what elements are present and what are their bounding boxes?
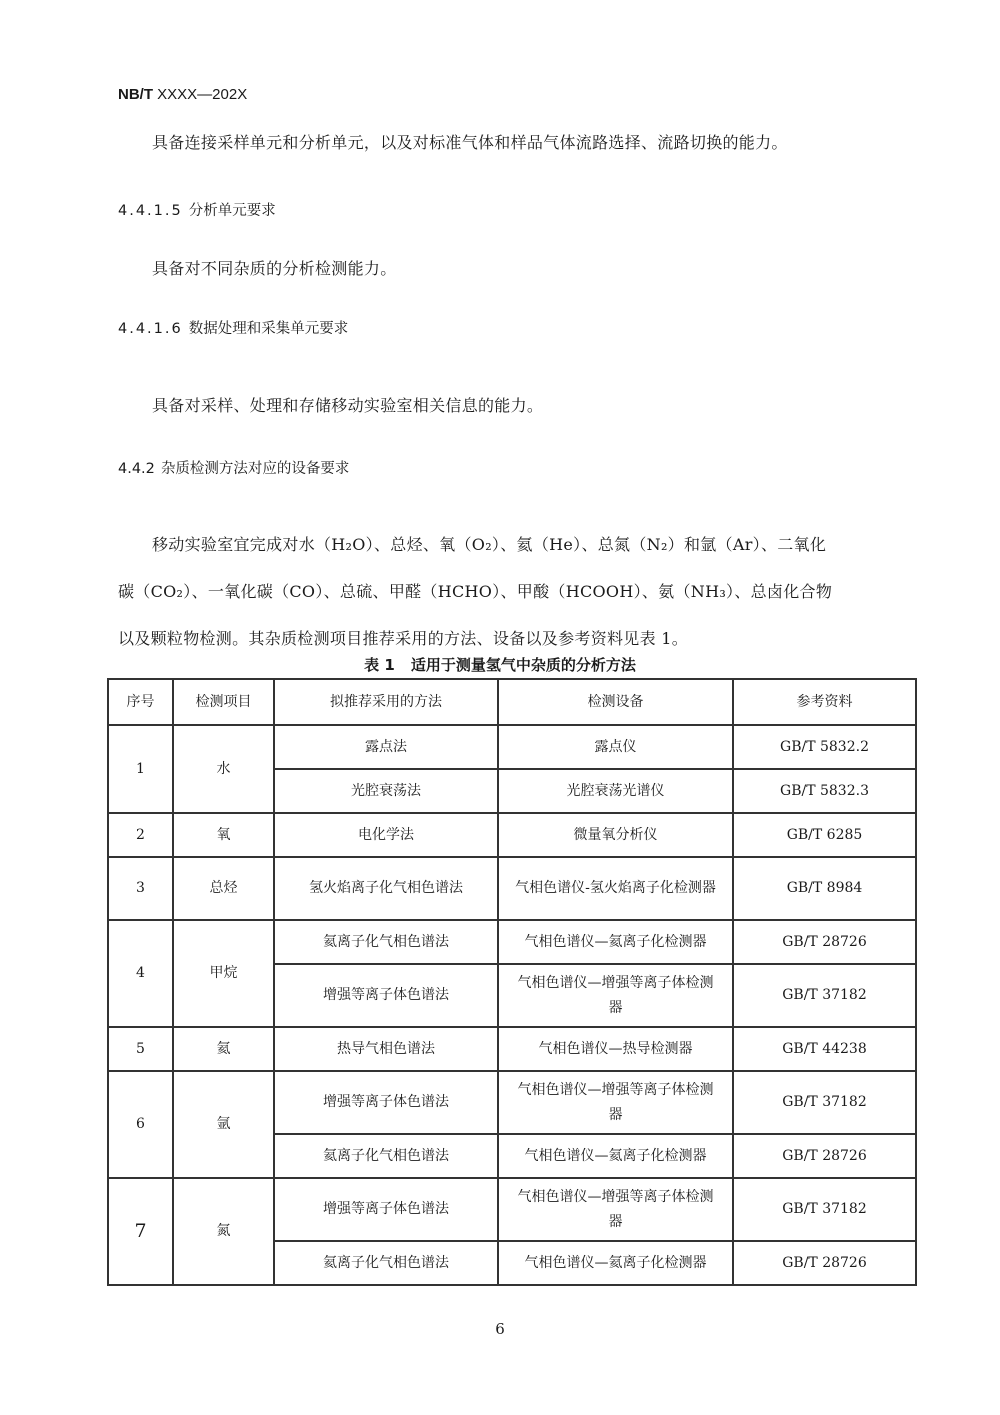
paragraph-impurities-line-1: 移动实验室宜完成对水（H₂O）、总烃、氧（O₂）、氦（He）、总氮（N₂）和氩（… — [152, 532, 826, 555]
cell-device: 光腔衰荡光谱仪 — [498, 769, 733, 813]
cell-device: 露点仪 — [498, 725, 733, 769]
paragraph-data-processing: 具备对采样、处理和存储移动实验室相关信息的能力。 — [152, 393, 543, 416]
table-row: 7 氮 增强等离子体色谱法 气相色谱仪—增强等离子体检测器 GB/T 37182 — [108, 1178, 916, 1241]
cell-item: 氩 — [173, 1071, 274, 1178]
analysis-methods-table: 序号 检测项目 拟推荐采用的方法 检测设备 参考资料 1 水 露点法 露点仪 G… — [107, 678, 917, 1286]
cell-reference: GB/T 28726 — [733, 1134, 916, 1178]
cell-device: 气相色谱仪—氦离子化检测器 — [498, 920, 733, 964]
cell-method: 增强等离子体色谱法 — [274, 1071, 498, 1134]
cell-reference: GB/T 44238 — [733, 1027, 916, 1071]
cell-method: 氦离子化气相色谱法 — [274, 1241, 498, 1285]
column-header-item: 检测项目 — [173, 679, 274, 725]
cell-reference: GB/T 5832.3 — [733, 769, 916, 813]
cell-method: 光腔衰荡法 — [274, 769, 498, 813]
cell-seq: 3 — [108, 857, 173, 920]
standard-code-number: XXXX—202X — [153, 86, 247, 103]
cell-method: 氦离子化气相色谱法 — [274, 1134, 498, 1178]
cell-seq: 1 — [108, 725, 173, 813]
cell-method: 热导气相色谱法 — [274, 1027, 498, 1071]
table-row: 6 氩 增强等离子体色谱法 气相色谱仪—增强等离子体检测器 GB/T 37182 — [108, 1071, 916, 1134]
cell-method: 增强等离子体色谱法 — [274, 1178, 498, 1241]
section-title: 杂质检测方法对应的设备要求 — [161, 461, 350, 477]
paragraph-impurities-line-3: 以及颗粒物检测。其杂质检测项目推荐采用的方法、设备以及参考资料见表 1。 — [118, 626, 688, 649]
section-number: 4.4.1.6 — [118, 321, 183, 337]
table-header-row: 序号 检测项目 拟推荐采用的方法 检测设备 参考资料 — [108, 679, 916, 725]
section-heading-4-4-1-5: 4.4.1.5分析单元要求 — [118, 199, 276, 220]
table-row: 5 氦 热导气相色谱法 气相色谱仪—热导检测器 GB/T 44238 — [108, 1027, 916, 1071]
cell-reference: GB/T 37182 — [733, 1071, 916, 1134]
cell-device: 气相色谱仪—增强等离子体检测器 — [498, 1178, 733, 1241]
cell-method: 氦离子化气相色谱法 — [274, 920, 498, 964]
cell-item: 氦 — [173, 1027, 274, 1071]
cell-seq: 4 — [108, 920, 173, 1027]
cell-reference: GB/T 37182 — [733, 1178, 916, 1241]
cell-reference: GB/T 6285 — [733, 813, 916, 857]
cell-seq: 5 — [108, 1027, 173, 1071]
cell-item: 水 — [173, 725, 274, 813]
section-heading-4-4-1-6: 4.4.1.6数据处理和采集单元要求 — [118, 317, 348, 338]
column-header-device: 检测设备 — [498, 679, 733, 725]
cell-reference: GB/T 28726 — [733, 920, 916, 964]
section-number: 4.4.1.5 — [118, 203, 183, 219]
table-caption: 表 1适用于测量氢气中杂质的分析方法 — [0, 654, 1000, 675]
table-row: 4 甲烷 氦离子化气相色谱法 气相色谱仪—氦离子化检测器 GB/T 28726 — [108, 920, 916, 964]
cell-device: 气相色谱仪—热导检测器 — [498, 1027, 733, 1071]
standard-code-prefix: NB/T — [118, 86, 153, 103]
table-row: 1 水 露点法 露点仪 GB/T 5832.2 — [108, 725, 916, 769]
cell-seq: 2 — [108, 813, 173, 857]
cell-device: 气相色谱仪—氦离子化检测器 — [498, 1241, 733, 1285]
paragraph-impurities-line-2: 碳（CO₂）、一氧化碳（CO）、总硫、甲醛（HCHO）、甲酸（HCOOH）、氨（… — [118, 579, 832, 602]
table-row: 2 氧 电化学法 微量氧分析仪 GB/T 6285 — [108, 813, 916, 857]
cell-device: 气相色谱仪-氢火焰离子化检测器 — [498, 857, 733, 920]
cell-item: 甲烷 — [173, 920, 274, 1027]
section-number: 4.4.2 — [118, 461, 155, 477]
cell-method: 氢火焰离子化气相色谱法 — [274, 857, 498, 920]
section-title: 分析单元要求 — [189, 203, 276, 219]
paragraph-flow-switching: 具备连接采样单元和分析单元，以及对标准气体和样品气体流路选择、流路切换的能力。 — [152, 130, 788, 153]
cell-reference: GB/T 8984 — [733, 857, 916, 920]
cell-device: 气相色谱仪—增强等离子体检测器 — [498, 964, 733, 1027]
cell-method: 露点法 — [274, 725, 498, 769]
cell-item: 总烃 — [173, 857, 274, 920]
section-title: 数据处理和采集单元要求 — [189, 321, 349, 337]
column-header-method: 拟推荐采用的方法 — [274, 679, 498, 725]
cell-device: 气相色谱仪—氦离子化检测器 — [498, 1134, 733, 1178]
cell-method: 电化学法 — [274, 813, 498, 857]
section-heading-4-4-2: 4.4.2杂质检测方法对应的设备要求 — [118, 457, 349, 478]
table-row: 3 总烃 氢火焰离子化气相色谱法 气相色谱仪-氢火焰离子化检测器 GB/T 89… — [108, 857, 916, 920]
column-header-seq: 序号 — [108, 679, 173, 725]
page-number: 6 — [0, 1320, 1000, 1338]
cell-reference: GB/T 5832.2 — [733, 725, 916, 769]
cell-reference: GB/T 37182 — [733, 964, 916, 1027]
cell-seq: 7 — [108, 1178, 173, 1285]
cell-device: 气相色谱仪—增强等离子体检测器 — [498, 1071, 733, 1134]
paragraph-analysis-unit: 具备对不同杂质的分析检测能力。 — [152, 256, 397, 279]
cell-item: 氮 — [173, 1178, 274, 1285]
cell-reference: GB/T 28726 — [733, 1241, 916, 1285]
cell-item: 氧 — [173, 813, 274, 857]
cell-method: 增强等离子体色谱法 — [274, 964, 498, 1027]
standard-code: NB/T XXXX—202X — [118, 86, 247, 103]
table-title: 适用于测量氢气中杂质的分析方法 — [411, 656, 636, 674]
column-header-reference: 参考资料 — [733, 679, 916, 725]
cell-device: 微量氧分析仪 — [498, 813, 733, 857]
cell-seq: 6 — [108, 1071, 173, 1178]
table-number: 表 1 — [364, 656, 395, 674]
